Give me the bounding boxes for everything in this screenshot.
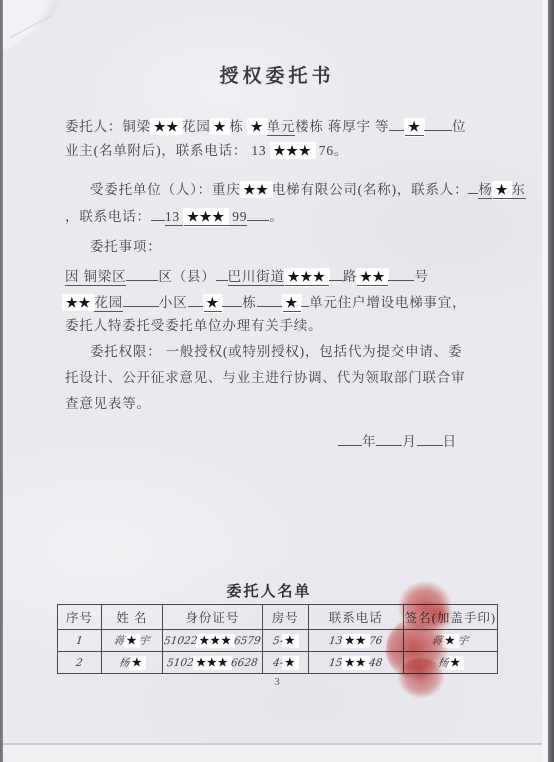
- redaction-stars: ★: [283, 295, 302, 312]
- underlined-text: 13: [165, 209, 184, 226]
- redaction-stars: ★: [283, 635, 298, 647]
- handwritten-text: 76: [368, 635, 383, 647]
- printed-text: 电梯有限公司(名称)，联系人：: [272, 182, 469, 197]
- table-header-row: 序号姓 名身份证号房号联系电话签名(加盖手印): [58, 605, 498, 630]
- blank-underline: [338, 430, 362, 446]
- page-number: 3: [0, 676, 554, 688]
- table-header-cell: 签名(加盖手印): [403, 605, 497, 630]
- table-cell: 杨 ★: [102, 652, 163, 674]
- redaction-stars: ★★: [343, 635, 369, 647]
- printed-text: 栋: [229, 119, 247, 134]
- handwritten-text: 5102: [167, 657, 195, 669]
- blank-underline: [216, 265, 228, 281]
- table-header-cell: 房号: [262, 605, 308, 630]
- table-cell: 5102★★★6628: [163, 652, 263, 674]
- redaction-stars: ★: [405, 119, 424, 136]
- underlined-text: 因 铜梁区: [65, 269, 126, 286]
- table-cell: 蒋★宇: [102, 630, 163, 652]
- redaction-stars: ★★: [357, 269, 388, 286]
- underlined-text: 单元: [267, 119, 296, 136]
- table-cell: 4-★: [262, 652, 308, 674]
- printed-text: 栋: [242, 295, 256, 310]
- table-header-cell: 姓 名: [102, 605, 163, 630]
- printed-text: 路: [343, 269, 357, 284]
- table-cell: 1: [58, 630, 102, 652]
- printed-text: 小区: [159, 295, 188, 310]
- roster-table-title: 委托人名单: [57, 580, 481, 601]
- printed-text: 花园: [182, 119, 211, 134]
- printed-text: 业主(名单附后)，联系电话： 13: [65, 143, 271, 158]
- blank-underline: [126, 265, 158, 281]
- handwritten-text: 宇: [139, 633, 151, 648]
- document-line: 委托人：铜梁★★花园★栋 ★单元楼栋 蒋厚宇 等★位: [65, 115, 466, 136]
- handwritten-text: 杨: [118, 655, 130, 670]
- document-line: 年月日: [338, 430, 457, 451]
- underlined-text: 巴川街道: [228, 269, 285, 286]
- blank-underline: [468, 178, 478, 194]
- principal-roster-table: 序号姓 名身份证号房号联系电话签名(加盖手印)1蒋★宇51022★★★65795…: [57, 604, 498, 674]
- folded-corner: [0, 0, 78, 54]
- redaction-stars: ★★: [343, 657, 369, 669]
- handwritten-text: 蒋: [113, 633, 125, 648]
- redaction-stars: ★: [448, 657, 463, 669]
- printed-text: 号: [414, 269, 428, 284]
- handwritten-text: 5-: [272, 635, 284, 647]
- underlined-text: 99: [228, 209, 247, 226]
- redaction-stars: ★★★: [285, 269, 329, 286]
- blank-underline: [151, 205, 165, 221]
- redaction-stars: ★: [130, 657, 145, 669]
- printed-text: 委托人特委托受委托单位办理有关手续。: [65, 318, 322, 333]
- scan-edge-left: [0, 0, 3, 762]
- document-line: 因 铜梁区区（县）巴川街道★★★路★★号: [65, 265, 429, 286]
- printed-text: 委托权限： 一般授权(或特别授权)，包括代为提交申请、委: [90, 344, 462, 359]
- table-cell: 13★★76: [308, 630, 403, 652]
- printed-text: 托设计、公开征求意见、与业主进行协调、代为领取部门联合审: [65, 370, 465, 385]
- redaction-stars: ★★★: [197, 635, 234, 647]
- printed-text: 单元住户增设电梯事宜，: [309, 295, 466, 310]
- printed-text: 委托人：铜梁: [65, 119, 151, 134]
- redaction-stars: ★: [283, 657, 298, 669]
- blank-underline: [376, 430, 402, 446]
- scan-edge-bottom: [0, 743, 554, 762]
- printed-text: 区（县）: [158, 269, 215, 284]
- blank-underline: [329, 265, 343, 281]
- printed-text: ，联系电话：: [65, 209, 151, 224]
- handwritten-text: 宇: [457, 633, 469, 648]
- document-line: 受委托单位（人）：重庆★★电梯有限公司(名称)，联系人：杨★东: [90, 178, 526, 199]
- handwritten-text: 13: [329, 635, 344, 647]
- handwritten-text: 蒋: [432, 633, 444, 648]
- document-line: 委托人特委托受委托单位办理有关手续。: [65, 317, 322, 335]
- blank-underline: [188, 291, 204, 307]
- redaction-stars: ★: [493, 182, 512, 199]
- document-line: 托设计、公开征求意见、与业主进行协调、代为领取部门联合审: [65, 369, 465, 387]
- document-line: 委托权限： 一般授权(或特别授权)，包括代为提交申请、委: [90, 343, 462, 361]
- table-cell: 杨★: [403, 652, 497, 674]
- blank-underline: [388, 265, 414, 281]
- handwritten-text: 51022: [163, 635, 198, 648]
- redaction-stars: ★★: [63, 295, 94, 310]
- blank-underline: [417, 430, 443, 446]
- document-title: 授权委托书: [0, 61, 554, 88]
- blank-underline: [257, 291, 283, 307]
- printed-text: 。: [269, 209, 283, 224]
- redaction-stars: ★★: [241, 182, 272, 197]
- table-cell: 2: [58, 652, 102, 674]
- handwritten-text: 6628: [230, 657, 258, 669]
- printed-text: 月: [402, 434, 416, 449]
- handwritten-text: 杨: [437, 655, 449, 670]
- blank-underline: [123, 291, 159, 307]
- document-line: ★★花园小区★栋★单元住户增设电梯事宜，: [63, 291, 466, 312]
- table-cell: 51022★★★6579: [163, 630, 263, 652]
- table-cell: 5-★: [262, 630, 308, 652]
- blank-underline: [389, 115, 405, 131]
- scan-edge-right: [548, 0, 554, 762]
- table-cell: 15★★48: [308, 652, 403, 674]
- redaction-stars: ★: [204, 295, 223, 312]
- underlined-text: 杨: [478, 182, 492, 199]
- printed-text: 楼栋 蒋厚宇 等: [295, 119, 389, 134]
- table-row: 1蒋★宇51022★★★65795-★13★★76蒋★宇: [58, 630, 498, 652]
- printed-text: 位: [452, 119, 466, 134]
- handwritten-text: 48: [368, 657, 383, 669]
- printed-text: 受委托单位（人）：重庆: [90, 182, 241, 197]
- handwritten-text: 2: [75, 656, 83, 668]
- table-cell: 蒋★宇: [403, 630, 497, 652]
- blank-underline: [222, 291, 242, 307]
- document-line: ，联系电话：13 ★★★ 99。: [65, 205, 284, 226]
- table-header-cell: 联系电话: [308, 605, 403, 630]
- document-line: 查意见表等。: [65, 395, 151, 413]
- handwritten-text: 6579: [233, 635, 261, 647]
- handwritten-text: 15: [329, 657, 344, 669]
- redaction-stars: ★★: [151, 119, 182, 134]
- document-line: 业主(名单附后)，联系电话： 13 ★★★ 76。: [65, 142, 348, 160]
- table-header-cell: 身份证号: [163, 605, 263, 630]
- blank-underline: [301, 291, 309, 307]
- printed-text: 年: [362, 434, 376, 449]
- printed-text: 查意见表等。: [65, 396, 151, 411]
- blank-underline: [424, 115, 452, 131]
- redaction-stars: ★★★: [194, 657, 231, 669]
- redaction-stars: ★: [248, 119, 267, 134]
- blank-underline: [247, 205, 269, 221]
- handwritten-text: 1: [75, 634, 83, 646]
- printed-text: 日: [443, 434, 457, 449]
- redaction-stars: ★: [211, 119, 230, 134]
- handwritten-text: 4-: [272, 657, 284, 669]
- printed-text: 委托事项：: [90, 239, 162, 254]
- table-row: 2杨 ★5102★★★66284-★15★★48杨★: [58, 652, 498, 674]
- printed-text: 76。: [315, 143, 349, 158]
- redaction-stars: ★: [125, 635, 140, 647]
- redaction-stars: ★★★: [271, 143, 315, 158]
- table-header-cell: 序号: [58, 605, 102, 630]
- redaction-stars: ★★★: [184, 209, 228, 226]
- redaction-stars: ★: [443, 635, 458, 647]
- underlined-text: 花园: [94, 295, 123, 312]
- document-line: 委托事项：: [90, 238, 162, 256]
- underlined-text: 东: [511, 182, 525, 199]
